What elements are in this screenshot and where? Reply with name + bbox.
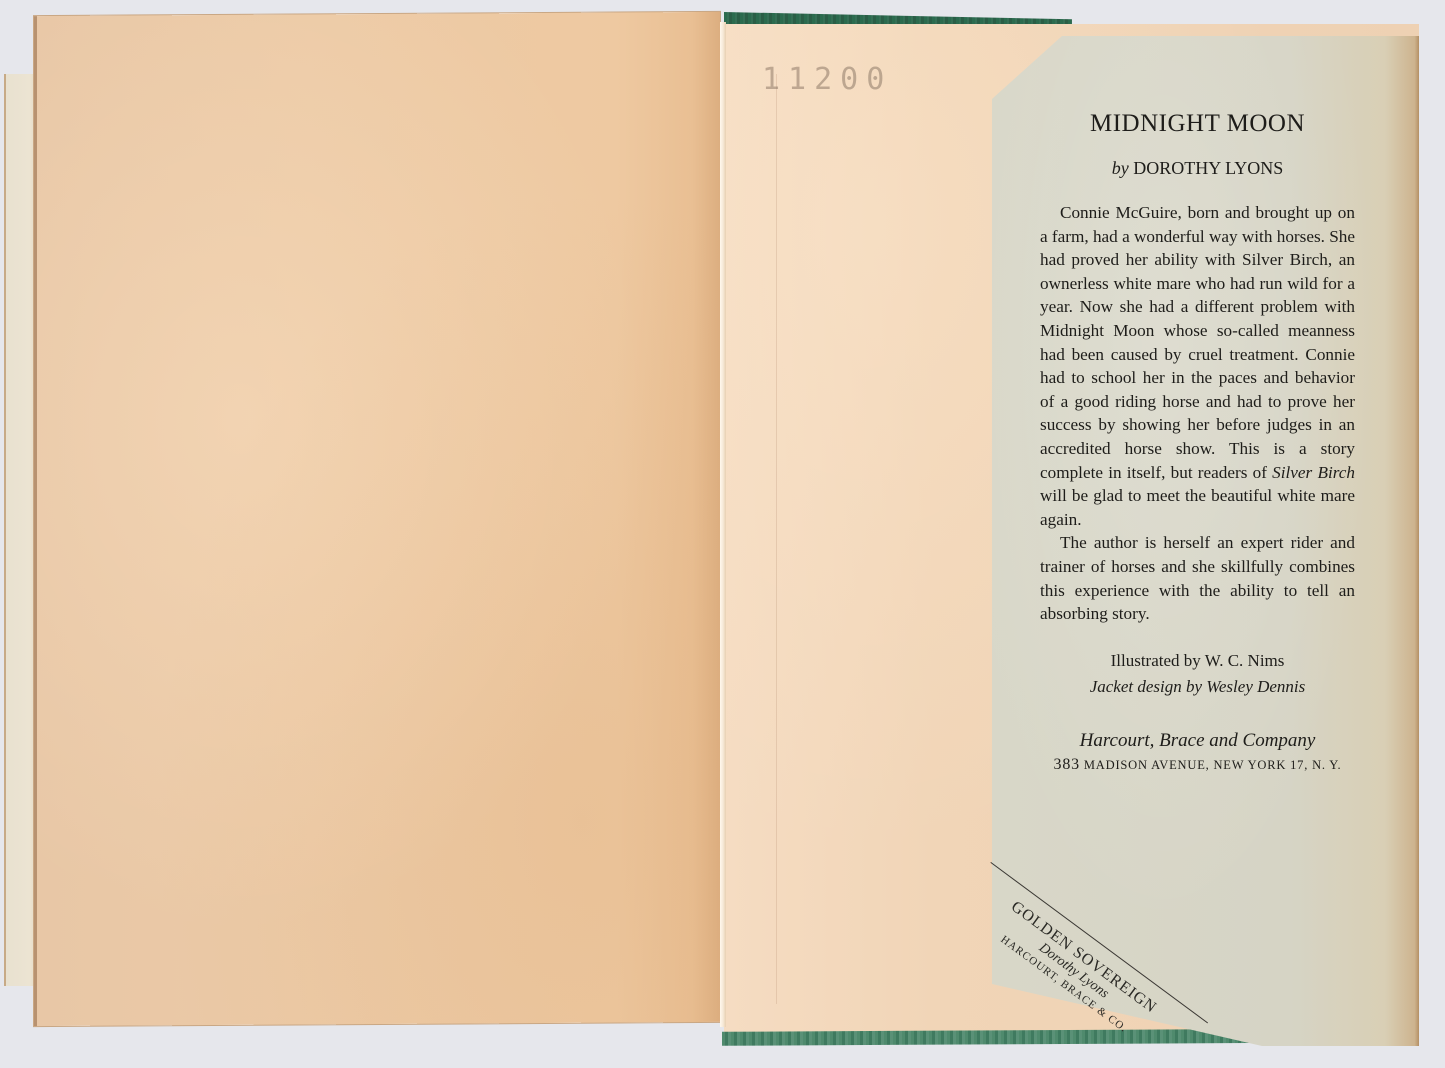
author-line: by DOROTHY LYONS — [1040, 158, 1355, 179]
credits: Illustrated by W. C. Nims Jacket design … — [1040, 648, 1355, 700]
blurb: Connie McGuire, born and brought up on a… — [1040, 201, 1355, 626]
flap-content: MIDNIGHT MOON by DOROTHY LYONS Connie Mc… — [1040, 110, 1355, 774]
blurb-italic-title: Silver Birch — [1272, 463, 1355, 482]
publisher-block: Harcourt, Brace and Company 383 MADISON … — [1040, 730, 1355, 774]
author-prefix: by — [1112, 158, 1129, 178]
open-book-photo: 11200 MIDNIGHT MOON by DOROTHY LYONS Con… — [0, 0, 1445, 1068]
publisher-address: 383 MADISON AVENUE, NEW YORK 17, N. Y. — [1040, 756, 1355, 774]
book-title: MIDNIGHT MOON — [1040, 110, 1355, 138]
accession-stamp: 11200 — [762, 62, 892, 97]
page-edge — [34, 16, 37, 1026]
book-gutter — [720, 22, 726, 1027]
blurb-text: Connie McGuire, born and brought up on a… — [1040, 203, 1355, 482]
address-number: 383 — [1054, 756, 1080, 773]
left-endpaper — [34, 12, 720, 1026]
address-street: MADISON AVENUE, NEW YORK 17, N. Y. — [1084, 758, 1342, 772]
publisher-name: Harcourt, Brace and Company — [1040, 730, 1355, 752]
page-crease — [776, 74, 777, 1004]
blurb-text: will be glad to meet the beautiful white… — [1040, 486, 1355, 529]
illustrator-credit: Illustrated by W. C. Nims — [1040, 648, 1355, 674]
blurb-paragraph-1: Connie McGuire, born and brought up on a… — [1040, 201, 1355, 531]
blurb-paragraph-2: The author is herself an expert rider an… — [1040, 531, 1355, 625]
jacket-credit: Jacket design by Wesley Dennis — [1040, 674, 1355, 700]
author-name: DOROTHY LYONS — [1133, 158, 1283, 178]
